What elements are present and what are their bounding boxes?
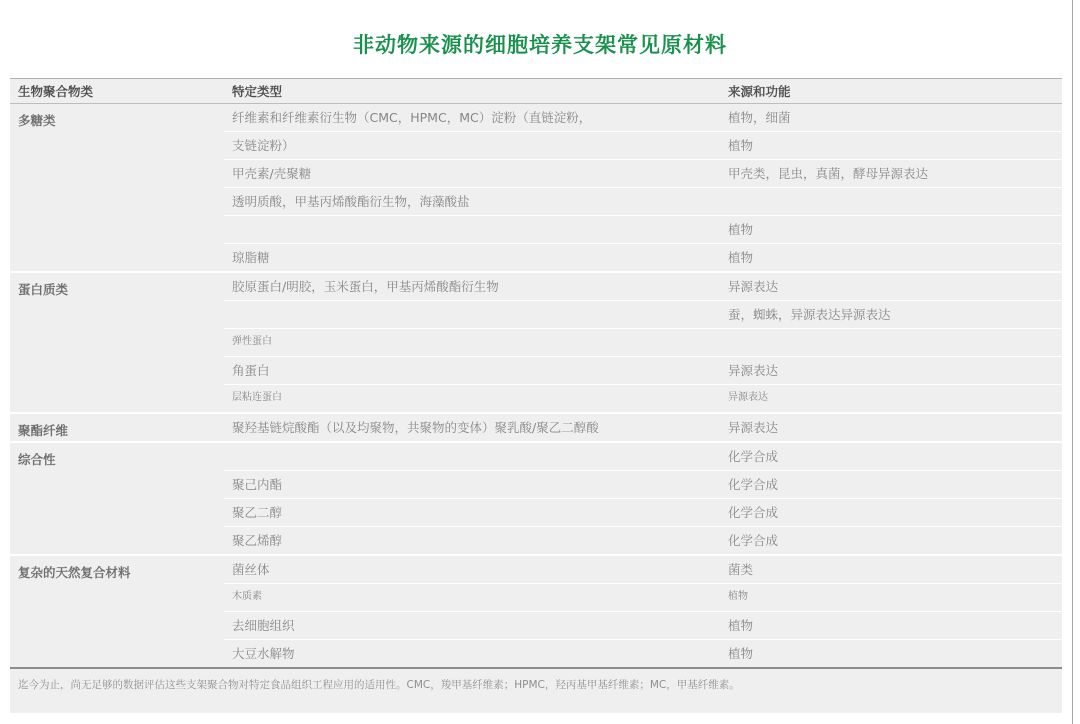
header-specific-type: 特定类型 — [224, 82, 720, 100]
specific-type-cell: 去细胞组织 — [224, 618, 720, 634]
category-label: 蛋白质类 — [10, 273, 224, 412]
source-function-cell: 植物，细菌 — [720, 110, 1062, 126]
table-row: 化学合成 — [224, 443, 1062, 470]
source-function-cell: 甲壳类，昆虫，真菌，酵母异源表达 — [720, 166, 1062, 182]
table-row: 聚乙烯醇化学合成 — [224, 526, 1062, 554]
table-row: 胶原蛋白/明胶，玉米蛋白，甲基丙烯酸酯衍生物异源表达 — [224, 273, 1062, 300]
table-section-4: 复杂的天然复合材料菌丝体菌类木质素植物去细胞组织植物大豆水解物植物 — [10, 554, 1062, 667]
source-function-cell: 植物 — [720, 138, 1062, 154]
specific-type-cell: 角蛋白 — [224, 363, 720, 379]
source-function-cell: 植物 — [720, 222, 1062, 238]
table-section-3: 综合性化学合成聚己内酯化学合成聚乙二醇化学合成聚乙烯醇化学合成 — [10, 441, 1062, 554]
specific-type-cell: 支链淀粉） — [224, 138, 720, 154]
table-row: 植物 — [224, 215, 1062, 243]
source-function-cell: 菌类 — [720, 562, 1062, 578]
table-row: 支链淀粉）植物 — [224, 131, 1062, 159]
specific-type-cell: 聚乙烯醇 — [224, 533, 720, 549]
table-row: 聚乙二醇化学合成 — [224, 498, 1062, 526]
table-header-row: 生物聚合物类 特定类型 来源和功能 — [10, 78, 1062, 104]
specific-type-cell: 甲壳素/壳聚糖 — [224, 166, 720, 182]
category-label: 综合性 — [10, 443, 224, 554]
section-rows: 胶原蛋白/明胶，玉米蛋白，甲基丙烯酸酯衍生物异源表达蚕，蜘蛛，异源表达异源表达弹… — [224, 273, 1062, 412]
specific-type-cell: 菌丝体 — [224, 562, 720, 578]
source-function-cell: 化学合成 — [720, 449, 1062, 465]
specific-type-cell: 聚羟基链烷酸酯（以及均聚物，共聚物的变体）聚乳酸/聚乙二醇酸 — [224, 420, 720, 436]
category-label: 多糖类 — [10, 104, 224, 271]
source-function-cell: 化学合成 — [720, 477, 1062, 493]
source-function-cell: 异源表达 — [720, 392, 1062, 405]
table-row: 去细胞组织植物 — [224, 611, 1062, 639]
materials-table: 生物聚合物类 特定类型 来源和功能 多糖类纤维素和纤维素衍生物（CMC，HPMC… — [10, 78, 1062, 713]
table-row: 角蛋白异源表达 — [224, 356, 1062, 384]
table-row: 层粘连蛋白异源表达 — [224, 384, 1062, 412]
specific-type-cell: 聚乙二醇 — [224, 505, 720, 521]
specific-type-cell: 透明质酸，甲基丙烯酸酯衍生物，海藻酸盐 — [224, 194, 720, 210]
table-row: 木质素植物 — [224, 583, 1062, 611]
table-footnote: 迄今为止，尚无足够的数据评估这些支架聚合物对特定食品组织工程应用的适用性。CMC… — [10, 667, 1062, 713]
section-rows: 纤维素和纤维素衍生物（CMC，HPMC，MC）淀粉（直链淀粉，植物，细菌支链淀粉… — [224, 104, 1062, 271]
table-row: 聚羟基链烷酸酯（以及均聚物，共聚物的变体）聚乳酸/聚乙二醇酸异源表达 — [224, 414, 1062, 441]
source-function-cell: 植物 — [720, 618, 1062, 634]
section-rows: 菌丝体菌类木质素植物去细胞组织植物大豆水解物植物 — [224, 556, 1062, 667]
specific-type-cell: 胶原蛋白/明胶，玉米蛋白，甲基丙烯酸酯衍生物 — [224, 279, 720, 295]
specific-type-cell: 弹性蛋白 — [224, 336, 720, 349]
specific-type-cell: 大豆水解物 — [224, 646, 720, 662]
header-biopolymer-class: 生物聚合物类 — [10, 82, 224, 100]
specific-type-cell: 纤维素和纤维素衍生物（CMC，HPMC，MC）淀粉（直链淀粉， — [224, 110, 720, 126]
table-body: 多糖类纤维素和纤维素衍生物（CMC，HPMC，MC）淀粉（直链淀粉，植物，细菌支… — [10, 104, 1062, 667]
page-title: 非动物来源的细胞培养支架常见原材料 — [0, 0, 1080, 59]
source-function-cell: 植物 — [720, 250, 1062, 266]
table-row: 透明质酸，甲基丙烯酸酯衍生物，海藻酸盐 — [224, 187, 1062, 215]
source-function-cell: 异源表达 — [720, 420, 1062, 436]
right-edge-divider — [1072, 0, 1073, 724]
table-row: 蚕，蜘蛛，异源表达异源表达 — [224, 300, 1062, 328]
table-row: 聚己内酯化学合成 — [224, 470, 1062, 498]
page: 非动物来源的细胞培养支架常见原材料 生物聚合物类 特定类型 来源和功能 多糖类纤… — [0, 0, 1080, 724]
table-row: 大豆水解物植物 — [224, 639, 1062, 667]
source-function-cell: 蚕，蜘蛛，异源表达异源表达 — [720, 307, 1062, 323]
source-function-cell: 植物 — [720, 646, 1062, 662]
specific-type-cell: 木质素 — [224, 591, 720, 604]
table-section-1: 蛋白质类胶原蛋白/明胶，玉米蛋白，甲基丙烯酸酯衍生物异源表达蚕，蜘蛛，异源表达异… — [10, 271, 1062, 412]
source-function-cell: 异源表达 — [720, 363, 1062, 379]
source-function-cell: 化学合成 — [720, 533, 1062, 549]
table-section-2: 聚酯纤维聚羟基链烷酸酯（以及均聚物，共聚物的变体）聚乳酸/聚乙二醇酸异源表达 — [10, 412, 1062, 441]
source-function-cell: 异源表达 — [720, 279, 1062, 295]
table-row: 甲壳素/壳聚糖甲壳类，昆虫，真菌，酵母异源表达 — [224, 159, 1062, 187]
table-row: 弹性蛋白 — [224, 328, 1062, 356]
source-function-cell: 化学合成 — [720, 505, 1062, 521]
category-label: 复杂的天然复合材料 — [10, 556, 224, 667]
section-rows: 聚羟基链烷酸酯（以及均聚物，共聚物的变体）聚乳酸/聚乙二醇酸异源表达 — [224, 414, 1062, 441]
table-row: 琼脂糖植物 — [224, 243, 1062, 271]
header-source-function: 来源和功能 — [720, 82, 1062, 100]
specific-type-cell: 层粘连蛋白 — [224, 392, 720, 405]
specific-type-cell: 聚己内酯 — [224, 477, 720, 493]
specific-type-cell: 琼脂糖 — [224, 250, 720, 266]
source-function-cell: 植物 — [720, 591, 1062, 604]
table-section-0: 多糖类纤维素和纤维素衍生物（CMC，HPMC，MC）淀粉（直链淀粉，植物，细菌支… — [10, 104, 1062, 271]
category-label: 聚酯纤维 — [10, 414, 224, 441]
section-rows: 化学合成聚己内酯化学合成聚乙二醇化学合成聚乙烯醇化学合成 — [224, 443, 1062, 554]
table-row: 纤维素和纤维素衍生物（CMC，HPMC，MC）淀粉（直链淀粉，植物，细菌 — [224, 104, 1062, 131]
table-row: 菌丝体菌类 — [224, 556, 1062, 583]
